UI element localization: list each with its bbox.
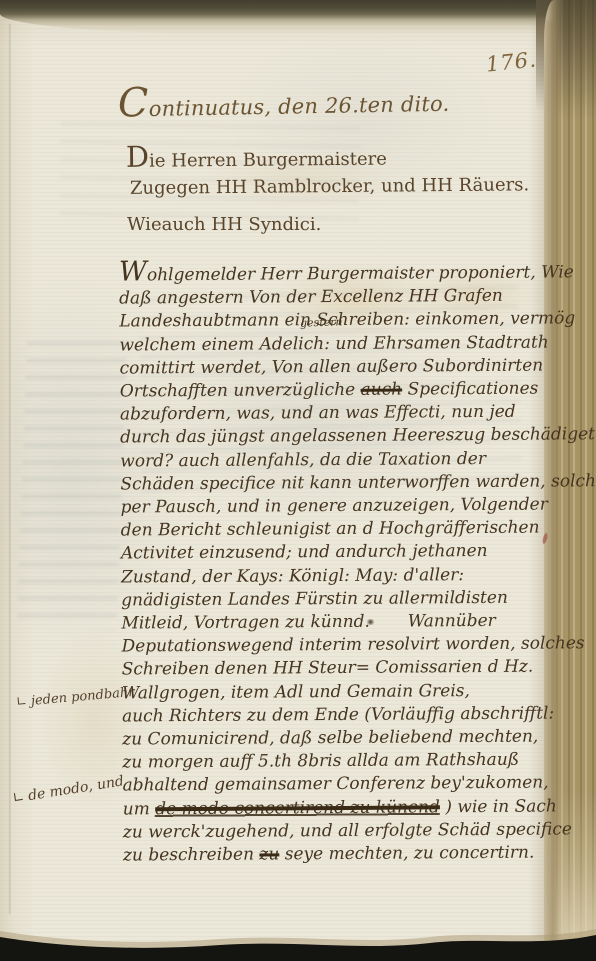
insertion-mark: ∟ bbox=[11, 789, 25, 807]
manuscript-line: Activitet einzusend; und andurch jethane… bbox=[121, 540, 553, 566]
manuscript-line: comittirt werdet, Von allen außero Subor… bbox=[120, 354, 552, 380]
insertion-mark: ∟ bbox=[16, 694, 28, 710]
manuscript-line: welchem einem Adelich: und Ehrsamen Stad… bbox=[119, 331, 551, 357]
manuscript-line: Zustand, der Kays: Königl: May: d'aller: bbox=[121, 563, 553, 589]
manuscript-line: Schreiben denen HH Steur= Comissarien d … bbox=[122, 656, 554, 682]
manuscript-line: Schäden specifice nit kann unterworffen … bbox=[120, 470, 552, 496]
manuscript-line: Wohlgemelder Herr Burgermaister proponie… bbox=[119, 261, 551, 287]
ink-blot bbox=[366, 619, 375, 625]
manuscript-line: zu morgen auff 5.th 8bris allda am Raths… bbox=[122, 749, 554, 775]
manuscript-line: abzufordern, was, und an was Effecti, nu… bbox=[120, 401, 552, 427]
line-text: zu beschreiben bbox=[123, 845, 260, 866]
manuscript-line: daß angestern Von der Excellenz HH Grafe… bbox=[119, 285, 551, 311]
manuscript-line: Deputationswegend interim resolvirt word… bbox=[121, 633, 553, 659]
manuscript-line: auch Richters zu dem Ende (Vorläuffig ab… bbox=[122, 702, 554, 728]
manuscript-line: Ortschafften unverzügliche auch Specific… bbox=[120, 378, 552, 404]
manuscript-line: durch das jüngst angelassenen Heereszug … bbox=[120, 424, 552, 450]
line-text: Ortschafften unverzügliche bbox=[120, 380, 361, 402]
book-top-edge bbox=[0, 0, 596, 34]
manuscript-body: Wohlgemelder Herr Burgermaister proponie… bbox=[119, 261, 555, 867]
manuscript-line: gnädigisten Landes Fürstin zu allermildi… bbox=[121, 586, 553, 612]
manuscript-line: per Pausch, und in genere anzuzeigen, Vo… bbox=[121, 494, 553, 520]
manuscript-line: Wallgrogen, item Adl und Gemain Greis, bbox=[122, 679, 554, 705]
line-text: Specificationes bbox=[402, 379, 538, 400]
line-text: ) wie in Sach bbox=[440, 796, 557, 817]
manuscript-scan: 176. Continuatus, den 26.ten dito. Die H… bbox=[0, 0, 596, 961]
paper-bottom-deckle-edge bbox=[0, 889, 596, 961]
paper-crease bbox=[9, 24, 12, 914]
attendance-line: Die Herren Burgermaistere bbox=[126, 147, 546, 172]
attendance-line: Zugegen HH Ramblrocker, und HH Räuers. bbox=[130, 174, 550, 199]
manuscript-line: word? auch allenfahls, da die Taxation d… bbox=[120, 447, 552, 473]
attendance-line: Wieauch HH Syndici. bbox=[127, 214, 547, 235]
manuscript-line: Landeshaubtmann ein Schreiben: einkomen,… bbox=[119, 308, 551, 334]
struck-text: zu bbox=[259, 844, 279, 864]
manuscript-line: um de modo concertirend zu künend ) wie … bbox=[123, 795, 555, 821]
manuscript-line: Mitleid, Vortragen zu künnd. Wannüber bbox=[121, 610, 553, 636]
line-text: um bbox=[123, 799, 156, 819]
manuscript-line: zu beschreiben zu seye mechten, zu conce… bbox=[123, 842, 555, 868]
manuscript-line: abhaltend gemainsamer Conferenz bey'zuko… bbox=[122, 772, 554, 798]
manuscript-line: den Bericht schleunigist an d Hochgräffe… bbox=[121, 517, 553, 543]
manuscript-line: zu werck'zugehend, und all erfolgte Schä… bbox=[123, 818, 555, 844]
struck-text: de modo concertirend zu künend bbox=[155, 797, 440, 819]
manuscript-line: zu Comunicirend, daß selbe beliebend mec… bbox=[122, 726, 554, 752]
line-text: seye mechten, zu concertirn. bbox=[279, 843, 534, 865]
struck-text: auch bbox=[361, 380, 403, 400]
